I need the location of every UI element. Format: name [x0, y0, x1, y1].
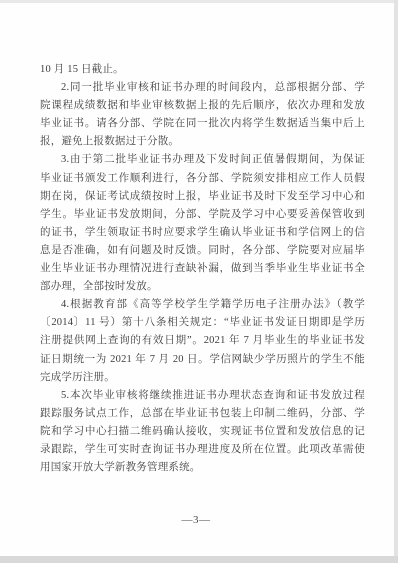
text-line: 院和学习中心扫描二维码确认接收，实现证书位置和发放信息的记	[40, 423, 365, 441]
text-line: 完成学历注册。	[40, 369, 365, 387]
scan-edge-top	[0, 0, 398, 3]
text-line: 证日期统一为 2021 年 7 月 20 日。学信网缺少学历照片的学生不能	[40, 351, 365, 369]
text-line: 跟踪服务试点工作，总部在毕业证书包装上印制二维码，分部、学	[40, 405, 365, 423]
text-line: 学生。毕业证书发放期间，分部、学院及学习中心要妥善保管收到	[40, 206, 365, 224]
page-number: —3—	[0, 514, 392, 526]
text-line: 毕业证书颁发工作顺利进行，各分部、学院须安排相应工作人员假	[40, 170, 365, 188]
text-line: 10 月 15 日截止。	[40, 61, 365, 79]
text-line: 用国家开放大学新教务管理系统。	[40, 459, 365, 477]
text-line: 息是否准确，如有问题及时反馈。同时，各分部、学院要对应届毕	[40, 242, 365, 260]
text-line: 3.由于第二批毕业证书办理及下发时间正值暑假期间，为保证	[40, 151, 365, 169]
text-line: 录跟踪，学生可实时查询证书办理进度及所在位置。此项改革需使	[40, 441, 365, 459]
scan-edge-bottom	[0, 556, 398, 563]
text-line: 报，避免上报数据过于分散。	[40, 133, 365, 151]
text-line: 〔2014〕11 号）第十八条相关规定：“毕业证书发证日期即是学历	[40, 314, 365, 332]
text-line: 的证书，学生领取证书时应要求学生确认毕业证书和学信网上的信	[40, 224, 365, 242]
scanned-page: 10 月 15 日截止。2.同一批毕业审核和证书办理的时间段内，总部根据分部、学…	[0, 0, 398, 563]
text-line: 业生毕业证书办理情况进行查缺补漏，做到当季毕业生毕业证书全	[40, 260, 365, 278]
scan-edge-right	[394, 0, 398, 563]
text-line: 注册提供网上查询的有效日期”。2021 年 7 月毕业生的毕业证书发	[40, 332, 365, 350]
text-line: 2.同一批毕业审核和证书办理的时间段内，总部根据分部、学	[40, 79, 365, 97]
document-body: 10 月 15 日截止。2.同一批毕业审核和证书办理的时间段内，总部根据分部、学…	[40, 61, 365, 477]
text-line: 4.根据教育部《高等学校学生学籍学历电子注册办法》（教学	[40, 296, 365, 314]
text-line: 院课程成绩数据和毕业审核数据上报的先后顺序，依次办理和发放	[40, 97, 365, 115]
text-line: 部办理，全部按时发放。	[40, 278, 365, 296]
text-line: 期在岗，保证考试成绩按时上报，毕业证书及时下发至学习中心和	[40, 188, 365, 206]
text-line: 毕业证书。请各分部、学院在同一批次内将学生数据适当集中后上	[40, 115, 365, 133]
text-line: 5.本次毕业审核将继续推进证书办理状态查询和证书发放过程	[40, 387, 365, 405]
